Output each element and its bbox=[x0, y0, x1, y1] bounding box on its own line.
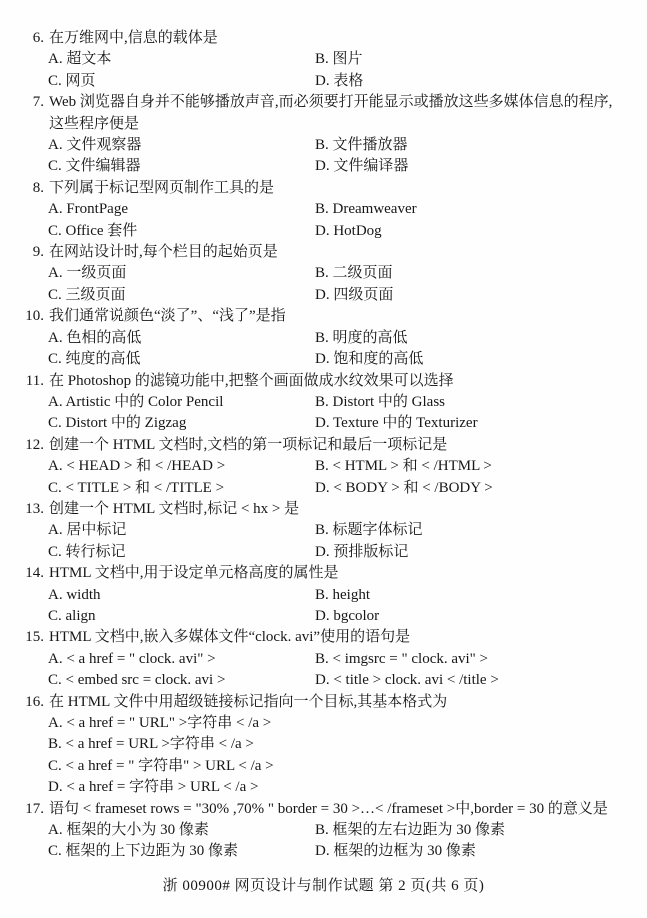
question-text: 语句 < frameset rows = "30% ,70% " border … bbox=[49, 799, 647, 820]
question-text: HTML 文档中,用于设定单元格高度的属性是 bbox=[49, 563, 647, 584]
question-text: 创建一个 HTML 文档时,文档的第一项标记和最后一项标记是 bbox=[49, 435, 647, 456]
question-16: 16. 在 HTML 文件中用超级链接标记指向一个目标,其基本格式为 A. < … bbox=[0, 692, 647, 799]
option-a: A. Artistic 中的 Color Pencil bbox=[48, 392, 315, 413]
option-a: A. 一级页面 bbox=[48, 263, 315, 284]
options-grid: A. Artistic 中的 Color Pencil B. Distort 中… bbox=[48, 392, 637, 435]
question-head: 13. 创建一个 HTML 文档时,标记 < hx > 是 bbox=[0, 499, 647, 520]
question-13: 13. 创建一个 HTML 文档时,标记 < hx > 是 A. 居中标记 B.… bbox=[0, 499, 647, 563]
question-text: 在 HTML 文件中用超级链接标记指向一个目标,其基本格式为 bbox=[49, 692, 647, 713]
question-6: 6. 在万维网中,信息的载体是 A. 超文本 B. 图片 C. 网页 D. 表格 bbox=[0, 28, 647, 92]
option-c: C. 三级页面 bbox=[48, 285, 315, 306]
option-a: A. < HEAD > 和 < /HEAD > bbox=[48, 456, 315, 477]
question-number: 8. bbox=[0, 178, 44, 199]
question-head: 9. 在网站设计时,每个栏目的起始页是 bbox=[0, 242, 647, 263]
option-b: B. 二级页面 bbox=[315, 263, 637, 284]
option-d: D. 四级页面 bbox=[315, 285, 637, 306]
option-b: B. 明度的高低 bbox=[315, 328, 637, 349]
question-list: 6. 在万维网中,信息的载体是 A. 超文本 B. 图片 C. 网页 D. 表格… bbox=[0, 28, 647, 863]
option-c: C. 转行标记 bbox=[48, 542, 315, 563]
question-12: 12. 创建一个 HTML 文档时,文档的第一项标记和最后一项标记是 A. < … bbox=[0, 435, 647, 499]
question-9: 9. 在网站设计时,每个栏目的起始页是 A. 一级页面 B. 二级页面 C. 三… bbox=[0, 242, 647, 306]
option-d: D. 表格 bbox=[315, 71, 637, 92]
option-d: D. < BODY > 和 < /BODY > bbox=[315, 478, 637, 499]
option-d: D. < title > clock. avi < /title > bbox=[315, 670, 637, 691]
question-number: 13. bbox=[0, 499, 44, 520]
question-head: 14. HTML 文档中,用于设定单元格高度的属性是 bbox=[0, 563, 647, 584]
question-head: 10. 我们通常说颜色“淡了”、“浅了”是指 bbox=[0, 306, 647, 327]
option-c: C. 文件编辑器 bbox=[48, 156, 315, 177]
options-grid: A. 一级页面 B. 二级页面 C. 三级页面 D. 四级页面 bbox=[48, 263, 637, 306]
options-grid: A. width B. height C. align D. bgcolor bbox=[48, 585, 637, 628]
question-number: 9. bbox=[0, 242, 44, 263]
option-a: A. 超文本 bbox=[48, 49, 315, 70]
question-head: 16. 在 HTML 文件中用超级链接标记指向一个目标,其基本格式为 bbox=[0, 692, 647, 713]
options-grid: A. 文件观察器 B. 文件播放器 C. 文件编辑器 D. 文件编译器 bbox=[48, 135, 637, 178]
option-c: C. 纯度的高低 bbox=[48, 349, 315, 370]
question-head: 6. 在万维网中,信息的载体是 bbox=[0, 28, 647, 49]
question-head: 8. 下列属于标记型网页制作工具的是 bbox=[0, 178, 647, 199]
option-d: D. bgcolor bbox=[315, 606, 637, 627]
option-a: A. width bbox=[48, 585, 315, 606]
option-c: C. Distort 中的 Zigzag bbox=[48, 413, 315, 434]
question-number: 6. bbox=[0, 28, 44, 49]
question-number: 10. bbox=[0, 306, 44, 327]
question-head: 11. 在 Photoshop 的滤镜功能中,把整个画面做成水纹效果可以选择 bbox=[0, 371, 647, 392]
question-number: 11. bbox=[0, 371, 44, 392]
option-b: B. < imgsrc = " clock. avi" > bbox=[315, 649, 637, 670]
options-grid: A. 色相的高低 B. 明度的高低 C. 纯度的高低 D. 饱和度的高低 bbox=[48, 328, 637, 371]
option-c: C. Office 套件 bbox=[48, 221, 315, 242]
question-10: 10. 我们通常说颜色“淡了”、“浅了”是指 A. 色相的高低 B. 明度的高低… bbox=[0, 306, 647, 370]
question-text: 我们通常说颜色“淡了”、“浅了”是指 bbox=[49, 306, 647, 327]
option-a: A. < a href = " URL" >字符串 < /a > bbox=[48, 713, 637, 734]
option-a: A. < a href = " clock. avi" > bbox=[48, 649, 315, 670]
exam-paper-page: 6. 在万维网中,信息的载体是 A. 超文本 B. 图片 C. 网页 D. 表格… bbox=[0, 0, 647, 918]
option-a: A. 文件观察器 bbox=[48, 135, 315, 156]
option-b: B. 文件播放器 bbox=[315, 135, 637, 156]
question-number: 12. bbox=[0, 435, 44, 456]
option-b: B. < a href = URL >字符串 < /a > bbox=[48, 734, 637, 755]
option-b: B. Distort 中的 Glass bbox=[315, 392, 637, 413]
question-text: Web 浏览器自身并不能够播放声音,而必须要打开能显示或播放这些多媒体信息的程序… bbox=[49, 92, 647, 135]
page-footer: 浙 00900# 网页设计与制作试题 第 2 页(共 6 页) bbox=[0, 876, 647, 897]
option-a: A. 色相的高低 bbox=[48, 328, 315, 349]
option-a: A. FrontPage bbox=[48, 199, 315, 220]
question-number: 15. bbox=[0, 627, 44, 648]
question-7: 7. Web 浏览器自身并不能够播放声音,而必须要打开能显示或播放这些多媒体信息… bbox=[0, 92, 647, 178]
option-d: D. 文件编译器 bbox=[315, 156, 637, 177]
question-text: 在万维网中,信息的载体是 bbox=[49, 28, 647, 49]
option-b: B. 标题字体标记 bbox=[315, 520, 637, 541]
options-grid: A. FrontPage B. Dreamweaver C. Office 套件… bbox=[48, 199, 637, 242]
options-grid: A. < a href = " clock. avi" > B. < imgsr… bbox=[48, 649, 637, 692]
question-head: 12. 创建一个 HTML 文档时,文档的第一项标记和最后一项标记是 bbox=[0, 435, 647, 456]
option-a: A. 框架的大小为 30 像素 bbox=[48, 820, 315, 841]
option-b: B. 图片 bbox=[315, 49, 637, 70]
question-15: 15. HTML 文档中,嵌入多媒体文件“clock. avi”使用的语句是 A… bbox=[0, 627, 647, 691]
option-d: D. 框架的边框为 30 像素 bbox=[315, 841, 637, 862]
option-c: C. < embed src = clock. avi > bbox=[48, 670, 315, 691]
question-11: 11. 在 Photoshop 的滤镜功能中,把整个画面做成水纹效果可以选择 A… bbox=[0, 371, 647, 435]
option-a: A. 居中标记 bbox=[48, 520, 315, 541]
option-c: C. 网页 bbox=[48, 71, 315, 92]
options-grid: A. 居中标记 B. 标题字体标记 C. 转行标记 D. 预排版标记 bbox=[48, 520, 637, 563]
question-text: HTML 文档中,嵌入多媒体文件“clock. avi”使用的语句是 bbox=[49, 627, 647, 648]
options-grid: A. 超文本 B. 图片 C. 网页 D. 表格 bbox=[48, 49, 637, 92]
question-head: 15. HTML 文档中,嵌入多媒体文件“clock. avi”使用的语句是 bbox=[0, 627, 647, 648]
question-number: 16. bbox=[0, 692, 44, 713]
option-b: B. < HTML > 和 < /HTML > bbox=[315, 456, 637, 477]
option-d: D. Texture 中的 Texturizer bbox=[315, 413, 637, 434]
option-d: D. 饱和度的高低 bbox=[315, 349, 637, 370]
question-number: 14. bbox=[0, 563, 44, 584]
question-text: 创建一个 HTML 文档时,标记 < hx > 是 bbox=[49, 499, 647, 520]
option-c: C. align bbox=[48, 606, 315, 627]
question-text: 下列属于标记型网页制作工具的是 bbox=[49, 178, 647, 199]
option-d: D. 预排版标记 bbox=[315, 542, 637, 563]
question-8: 8. 下列属于标记型网页制作工具的是 A. FrontPage B. Dream… bbox=[0, 178, 647, 242]
options-grid: A. < HEAD > 和 < /HEAD > B. < HTML > 和 < … bbox=[48, 456, 637, 499]
option-b: B. Dreamweaver bbox=[315, 199, 637, 220]
options-grid: A. 框架的大小为 30 像素 B. 框架的左右边距为 30 像素 C. 框架的… bbox=[48, 820, 637, 863]
question-14: 14. HTML 文档中,用于设定单元格高度的属性是 A. width B. h… bbox=[0, 563, 647, 627]
question-number: 17. bbox=[0, 799, 44, 820]
question-text: 在网站设计时,每个栏目的起始页是 bbox=[49, 242, 647, 263]
question-head: 7. Web 浏览器自身并不能够播放声音,而必须要打开能显示或播放这些多媒体信息… bbox=[0, 92, 647, 135]
option-b: B. height bbox=[315, 585, 637, 606]
option-c: C. < a href = " 字符串" > URL < /a > bbox=[48, 756, 637, 777]
options-list: A. < a href = " URL" >字符串 < /a > B. < a … bbox=[48, 713, 637, 799]
question-17: 17. 语句 < frameset rows = "30% ,70% " bor… bbox=[0, 799, 647, 863]
option-d: D. < a href = 字符串 > URL < /a > bbox=[48, 777, 637, 798]
question-head: 17. 语句 < frameset rows = "30% ,70% " bor… bbox=[0, 799, 647, 820]
question-number: 7. bbox=[0, 92, 44, 135]
option-b: B. 框架的左右边距为 30 像素 bbox=[315, 820, 637, 841]
option-c: C. < TITLE > 和 < /TITLE > bbox=[48, 478, 315, 499]
question-text: 在 Photoshop 的滤镜功能中,把整个画面做成水纹效果可以选择 bbox=[49, 371, 647, 392]
option-c: C. 框架的上下边距为 30 像素 bbox=[48, 841, 315, 862]
option-d: D. HotDog bbox=[315, 221, 637, 242]
